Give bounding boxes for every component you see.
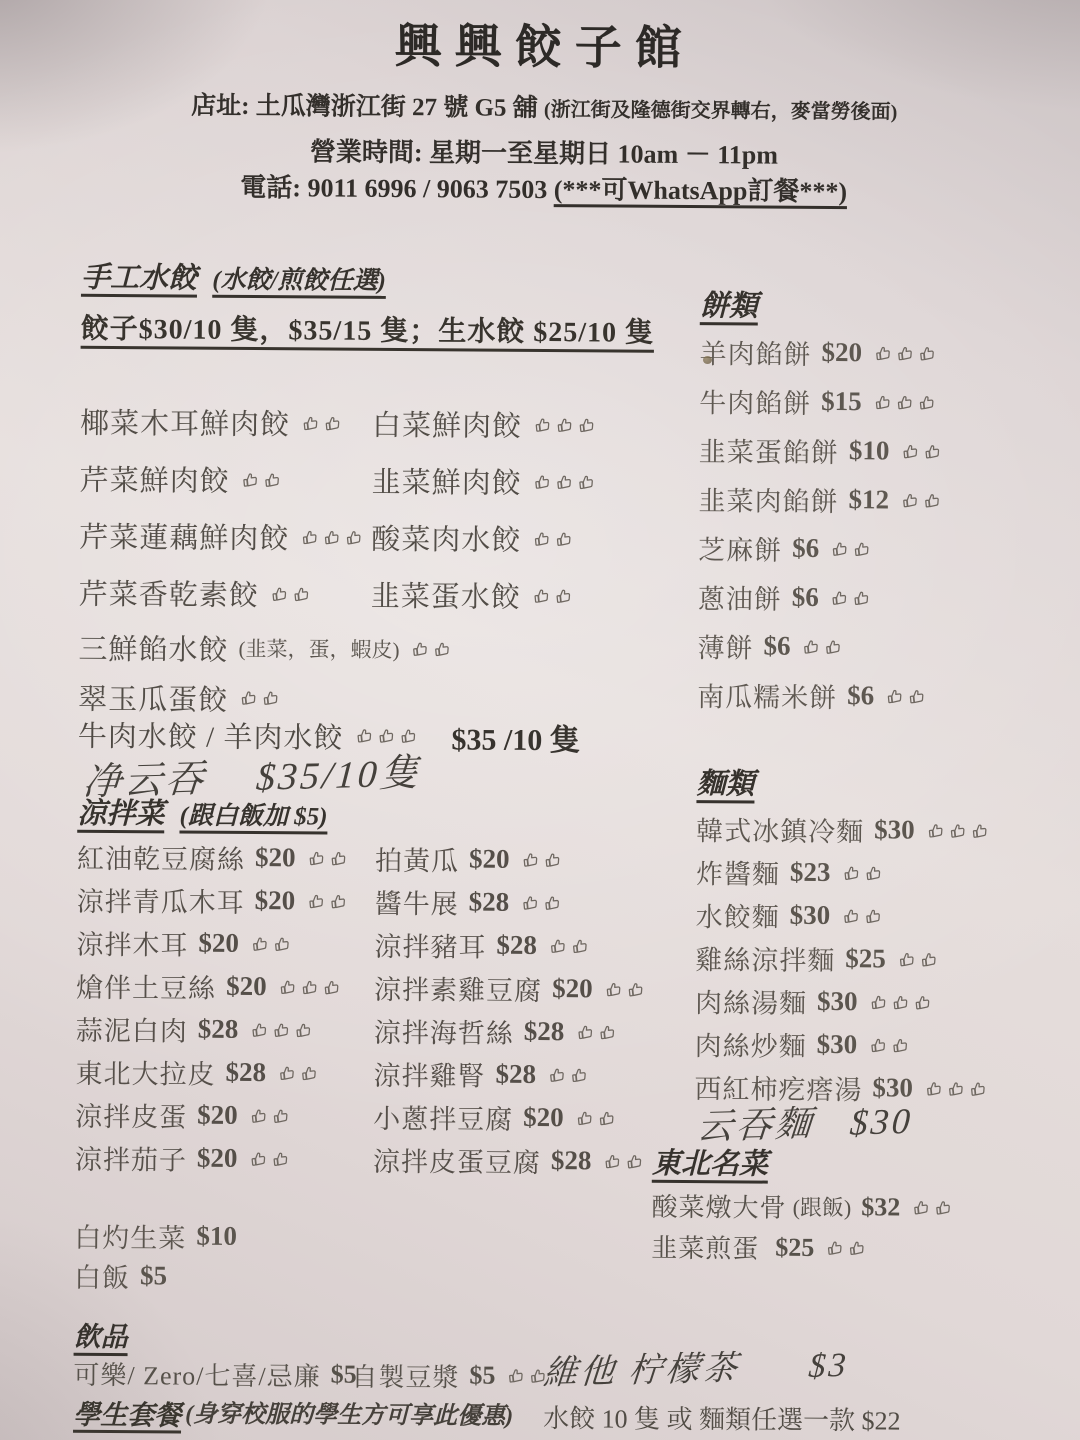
thumbs-up-icon — [533, 472, 553, 492]
menu-item-price: $20 — [552, 973, 593, 1004]
menu-item-row: 肉絲湯麵 $30 — [695, 979, 1075, 1025]
menu-item-price: $30 — [817, 1029, 858, 1060]
hours-value: 星期一至星期日 10am － 11pm — [429, 138, 778, 169]
menu-item-row: 醬牛展 $28 — [375, 880, 687, 925]
menu-item-note: (跟飯) — [793, 1191, 852, 1222]
menu-item-name: 涼拌木耳 — [76, 923, 188, 963]
menu-item-price: $6 — [792, 533, 819, 564]
thumbs-up-icon — [547, 1065, 567, 1085]
handwritten-note-lemon-tea: 維他 柠檬茶 $3 — [542, 1337, 851, 1395]
thumbs-up-icon — [946, 1079, 966, 1099]
thumbs-up-icon — [241, 470, 261, 490]
address-value: 土瓜灣浙江街 27 號 G5 舖 — [256, 93, 538, 122]
thumbs-up-icon — [532, 529, 552, 549]
menu-item-name: 白灼生菜 — [74, 1215, 186, 1255]
thumbs-up-icon — [249, 1106, 269, 1126]
menu-item-row: 芹菜鮮肉餃 — [79, 450, 371, 509]
menu-item-name: 韭菜蛋餡餅 — [699, 430, 839, 470]
menu-item-price: $20 — [255, 885, 296, 916]
section-header-drinks: 飲品 — [74, 1315, 128, 1354]
menu-item-row: 雞絲涼拌麵 $25 — [695, 936, 1075, 982]
menu-item-name: 羊肉餡餅 — [699, 332, 811, 372]
hours-label: 營業時間: — [310, 137, 423, 167]
thumbs-group — [874, 344, 936, 362]
thumbs-up-icon — [301, 413, 321, 433]
menu-item-price: $30 — [817, 986, 858, 1017]
thumbs-up-icon — [948, 821, 968, 841]
thumbs-up-icon — [270, 584, 290, 604]
thumbs-up-icon — [543, 850, 563, 870]
thumbs-group — [307, 892, 347, 910]
thumbs-group — [605, 980, 645, 998]
dumpling-grid: 椰菜木耳鮮肉餃 白菜鮮肉餃 芹菜鮮肉餃 — [79, 393, 681, 625]
menu-item-price: $32 — [861, 1192, 900, 1222]
thumbs-up-icon — [923, 441, 943, 461]
menu-item-name: 涼拌素雞豆腐 — [374, 968, 542, 1008]
thumbs-group — [240, 689, 280, 707]
pancakes-list: 羊肉餡餅 $20 牛肉餡餅 $15 韭菜蛋餡餅 $10 韭菜肉餡 — [697, 327, 1075, 722]
thumbs-up-icon — [842, 863, 862, 883]
menu-item-name: 白菜鮮肉餃 — [372, 403, 522, 445]
menu-item-row: 涼拌木耳 $20 — [76, 921, 374, 966]
thumbs-up-icon — [577, 472, 597, 492]
menu-item-price: $28 — [469, 887, 510, 918]
menu-item-row: 涼拌皮蛋 $20 — [75, 1093, 373, 1138]
thumbs-group — [869, 993, 931, 1011]
menu-item-name: 熗伴土豆絲 — [76, 966, 216, 1006]
phone-value: 9011 6996 / 9063 7503 — [307, 173, 547, 204]
menu-item-row: 三鮮餡水餃 (韭菜，蛋，蝦皮) — [78, 621, 451, 676]
menu-item-row: 酸菜肉水餃 — [371, 509, 679, 568]
thumbs-up-icon — [570, 936, 590, 956]
menu-item-row: 白灼生菜 $10 — [74, 1215, 237, 1256]
thumbs-group — [874, 393, 936, 411]
thumbs-group — [898, 950, 938, 968]
menu-item-price: $6 — [792, 582, 819, 613]
thumbs-up-icon — [271, 1020, 291, 1040]
menu-item-name: 牛肉餡餅 — [699, 381, 811, 421]
menu-item-name: 肉絲湯麵 — [695, 981, 807, 1021]
menu-item-row: 涼拌海哲絲 $28 — [374, 1009, 686, 1054]
menu-item-name: 薄餅 — [697, 626, 753, 665]
thumbs-group — [802, 637, 842, 655]
thumbs-up-icon — [890, 1035, 910, 1055]
thumbs-up-icon — [926, 820, 946, 840]
menu-item-name: 炸醬麵 — [696, 852, 780, 892]
section-title-note: (跟白飯加 $5) — [179, 802, 327, 830]
thumbs-up-icon — [411, 639, 431, 659]
thumbs-group — [886, 687, 926, 705]
thumbs-up-icon — [873, 343, 893, 363]
whatsapp-note: (***可WhatsApp訂餐***) — [554, 175, 847, 206]
section-title-note: (水餃/煎餃任選) — [212, 267, 386, 295]
menu-item-row: 羊肉餡餅 $20 — [699, 327, 1074, 379]
menu-item-row: 涼拌雞腎 $28 — [373, 1052, 685, 1097]
thumbs-up-icon — [597, 1108, 617, 1128]
menu-item-name: 南瓜糯米餅 — [697, 675, 837, 715]
menu-item-name: 白飯 — [74, 1255, 130, 1294]
thumbs-up-icon — [542, 893, 562, 913]
menu-item-row: 蔥油餅 $6 — [698, 572, 1073, 624]
menu-item-name: 酸菜肉水餃 — [371, 517, 521, 559]
section-title: 手工水餃 — [81, 262, 197, 295]
menu-item-row: 薄餅 $6 — [697, 621, 1072, 673]
menu-item-name: 涼拌皮蛋豆腐 — [373, 1140, 541, 1180]
thumbs-up-icon — [322, 977, 342, 997]
thumbs-group — [521, 850, 561, 868]
menu-item-name: 韭菜肉餡餅 — [698, 479, 838, 519]
thumbs-up-icon — [555, 472, 575, 492]
thumbs-group — [576, 1109, 616, 1127]
menu-item-price: $28 — [495, 1059, 536, 1090]
thumbs-up-icon — [271, 1149, 291, 1169]
thumbs-up-icon — [917, 392, 937, 412]
thumbs-up-icon — [322, 527, 342, 547]
thumbs-group — [251, 934, 291, 952]
thumbs-group — [250, 1020, 312, 1038]
menu-item-price: $28 — [225, 1057, 266, 1088]
menu-item-name: 小蔥拌豆腐 — [373, 1097, 513, 1137]
menu-item-name: 涼拌皮蛋 — [75, 1095, 187, 1135]
dumpling-pricing-line: 餃子$30/10 隻，$35/15 隻；生水餃 $25/10 隻 — [81, 307, 655, 351]
thumbs-group — [411, 640, 451, 658]
menu-item-row: 蒜泥白肉 $28 — [76, 1007, 374, 1052]
thumbs-up-icon — [554, 529, 574, 549]
thumbs-up-icon — [323, 413, 343, 433]
menu-item-row: 炸醬麵 $23 — [696, 850, 1076, 896]
thumbs-group — [831, 540, 871, 558]
thumbs-up-icon — [864, 863, 884, 883]
menu-item-price: $20 — [469, 844, 510, 875]
menu-item-price: $20 — [255, 842, 296, 873]
student-set-row: 學生套餐 (身穿校服的學生方可享此優惠) 水餃 10 隻 或 麵類任選一款 $2… — [73, 1393, 1073, 1439]
thumbs-up-icon — [604, 979, 624, 999]
student-set-offer: 水餃 10 隻 或 麵類任選一款 $22 — [543, 1398, 901, 1437]
thumbs-group — [842, 907, 882, 925]
thumbs-up-icon — [521, 850, 541, 870]
section-header-dumplings: 手工水餃 (水餃/煎餃任選) — [81, 255, 386, 298]
thumbs-up-icon — [555, 415, 575, 435]
menu-item-name: 韓式冰鎮冷麵 — [696, 809, 864, 849]
thumbs-up-icon — [848, 1238, 868, 1258]
menu-item-name: 酸菜燉大骨 — [651, 1187, 786, 1225]
thumbs-up-icon — [249, 1149, 269, 1169]
thumbs-up-icon — [868, 1035, 888, 1055]
phone-line: 電話: 9011 6996 / 9063 7503 (***可WhatsApp訂… — [4, 165, 1080, 210]
menu-item-price: $30 — [874, 814, 915, 845]
thumbs-up-icon — [299, 1063, 319, 1083]
thumbs-up-icon — [970, 821, 990, 841]
menu-item-price: $20 — [821, 337, 862, 368]
section-title: 麵類 — [696, 768, 754, 800]
menu-item-name: 自製豆漿 — [351, 1356, 459, 1394]
noodles-list: 韓式冰鎮冷麵 $30 炸醬麵 $23 水餃麵 $30 雞絲涼拌麵 — [694, 807, 1076, 1111]
section-title: 涼拌菜 — [77, 798, 164, 831]
thumbs-up-icon — [249, 1020, 269, 1040]
thumbs-up-icon — [548, 936, 568, 956]
thumbs-up-icon — [895, 343, 915, 363]
menu-item-name: 三鮮餡水餃 — [78, 626, 228, 668]
thumbs-up-icon — [841, 906, 861, 926]
student-set-note: (身穿校服的學生方可享此優惠) — [185, 1394, 513, 1431]
thumbs-up-icon — [272, 934, 292, 954]
menu-item-name: 涼拌豬耳 — [374, 925, 486, 965]
thumbs-up-icon — [293, 1020, 313, 1040]
menu-item-name: 韭菜煎蛋 — [651, 1228, 759, 1266]
thumbs-group — [576, 1023, 616, 1041]
thumbs-up-icon — [626, 979, 646, 999]
menu-item-price: $6 — [763, 631, 790, 662]
thumbs-group — [831, 589, 871, 607]
section-title: 飲品 — [74, 1322, 128, 1352]
menu-item-price: $20 — [523, 1102, 564, 1133]
menu-item-row: 韭菜鮮肉餃 — [371, 452, 679, 511]
menu-item-name: 椰菜木耳鮮肉餃 — [80, 401, 290, 443]
menu-item-price: $25 — [845, 943, 886, 974]
thumbs-group — [279, 978, 341, 996]
thumbs-group — [869, 1036, 909, 1054]
menu-item-row: 可樂/ Zero/七喜/忌廉 $5 — [73, 1351, 357, 1397]
menu-item-row: 涼拌素雞豆腐 $20 — [374, 966, 686, 1011]
thumbs-up-icon — [263, 470, 283, 490]
thumbs-up-icon — [250, 934, 270, 954]
thumbs-up-icon — [569, 1065, 589, 1085]
thumbs-group — [301, 528, 363, 546]
menu-item-price: $28 — [496, 930, 537, 961]
thumbs-up-icon — [532, 586, 552, 606]
menu-item-row: 水餃麵 $30 — [695, 893, 1075, 939]
menu-item-name: 水餃麵 — [696, 895, 780, 935]
thumbs-up-icon — [919, 949, 939, 969]
menu-item-row: 南瓜糯米餅 $6 — [697, 670, 1072, 722]
menu-item-price: $5 — [140, 1260, 167, 1291]
thumbs-up-icon — [897, 949, 917, 969]
menu-item-name: 紅油乾豆腐絲 — [77, 837, 245, 877]
thumbs-group — [826, 1239, 866, 1257]
menu-item-row: 韭菜蛋水餃 — [371, 566, 679, 625]
menu-item-name: 蒜泥白肉 — [76, 1009, 188, 1049]
thumbs-up-icon — [900, 490, 920, 510]
menu-item-row: 酸菜燉大骨 (跟飯) $32 — [651, 1185, 1071, 1229]
thumbs-up-icon — [344, 527, 364, 547]
menu-item-price: $28 — [198, 1014, 239, 1045]
thumbs-up-icon — [329, 848, 349, 868]
menu-item-row: 韭菜蛋餡餅 $10 — [699, 425, 1074, 477]
menu-item-price: $28 — [524, 1016, 565, 1047]
restaurant-title: 興興餃子館 — [5, 6, 1080, 81]
thumbs-up-icon — [300, 527, 320, 547]
menu-photo-page: 興興餃子館 店址: 土瓜灣浙江街 27 號 G5 舖 (浙江街及隆德街交界轉右，… — [0, 0, 1080, 1440]
thumbs-up-icon — [968, 1079, 988, 1099]
menu-item-price: $12 — [848, 484, 889, 515]
menu-item-price: $20 — [197, 1100, 238, 1131]
menu-item-name: 涼拌海哲絲 — [374, 1011, 514, 1051]
thumbs-up-icon — [277, 1063, 297, 1083]
menu-item-price: $35 /10 隻 — [451, 714, 580, 759]
menu-item-price: $20 — [226, 971, 267, 1002]
menu-item-price: $10 — [196, 1220, 237, 1251]
address-line: 店址: 土瓜灣浙江街 27 號 G5 舖 (浙江街及隆德街交界轉右，麥當勞後面) — [4, 84, 1080, 128]
menu-item-row: 肉絲炒麵 $30 — [695, 1022, 1075, 1068]
menu-item-name: 拍黃瓜 — [375, 839, 459, 879]
address-note: (浙江街及隆德街交界轉右，麥當勞後面) — [544, 99, 897, 123]
thumbs-up-icon — [533, 415, 553, 435]
student-set-title: 學生套餐 — [73, 1393, 181, 1433]
thumbs-up-icon — [575, 1108, 595, 1128]
thumbs-group — [521, 893, 561, 911]
thumbs-up-icon — [933, 1197, 953, 1217]
thumbs-group — [548, 1066, 588, 1084]
address-label: 店址: — [191, 93, 250, 120]
thumbs-up-icon — [239, 688, 259, 708]
thumbs-up-icon — [306, 891, 326, 911]
section-header-noodles: 麵類 — [696, 761, 754, 802]
thumbs-up-icon — [901, 441, 921, 461]
menu-item-name: 雞絲涼拌麵 — [695, 938, 835, 978]
thumbs-group — [912, 1198, 952, 1216]
menu-item-price: $10 — [849, 435, 890, 466]
thumbs-up-icon — [507, 1366, 527, 1386]
thumbs-up-icon — [292, 584, 312, 604]
thumbs-group — [901, 491, 941, 509]
menu-item-name: 醬牛展 — [375, 882, 459, 922]
thumbs-group — [249, 1149, 289, 1167]
menu-item-price: $23 — [790, 857, 831, 888]
menu-item-row: 芝麻餅 $6 — [698, 523, 1073, 575]
thumbs-up-icon — [852, 539, 872, 559]
menu-item-row: 自製豆漿 $5 — [351, 1353, 547, 1398]
thumbs-group — [603, 1152, 643, 1170]
menu-item-name: 肉絲炒麵 — [695, 1024, 807, 1064]
menu-item-row: 紅油乾豆腐絲 $20 — [77, 835, 375, 880]
menu-item-row: 韭菜煎蛋 $25 — [651, 1226, 1071, 1270]
thumbs-up-icon — [869, 992, 889, 1012]
thumbs-up-icon — [802, 637, 822, 657]
thumbs-up-icon — [554, 586, 574, 606]
phone-label: 電話: — [240, 173, 301, 202]
thumbs-up-icon — [300, 977, 320, 997]
thumbs-group — [533, 529, 573, 547]
section-header-cold-dishes: 涼拌菜 (跟白飯加 $5) — [77, 791, 327, 834]
menu-item-name: 可樂/ Zero/七喜/忌廉 — [73, 1354, 321, 1393]
thumbs-group — [534, 472, 596, 490]
menu-item-price: $5 — [469, 1361, 495, 1391]
menu-item-price: $25 — [775, 1232, 814, 1262]
thumbs-up-icon — [271, 1106, 291, 1126]
thumbs-up-icon — [895, 392, 915, 412]
thumbs-group — [250, 1106, 290, 1124]
thumbs-up-icon — [826, 1238, 846, 1258]
thumbs-up-icon — [328, 891, 348, 911]
menu-item-row: 椰菜木耳鮮肉餃 — [80, 393, 372, 452]
paper-sheet: 興興餃子館 店址: 土瓜灣浙江街 27 號 G5 舖 (浙江街及隆德街交界轉右，… — [0, 0, 1080, 1440]
thumbs-up-icon — [577, 415, 597, 435]
menu-item-row: 白飯 $5 — [74, 1255, 237, 1296]
thumbs-group — [307, 849, 347, 867]
menu-item-name: 芹菜鮮肉餃 — [80, 458, 230, 500]
cold-dishes-grid: 紅油乾豆腐絲 $20 拍黃瓜 $20 涼拌青瓜木耳 $20 — [75, 835, 687, 1183]
menu-item-row: 東北大拉皮 $28 — [75, 1050, 373, 1095]
menu-item-price: $20 — [197, 1143, 238, 1174]
thumbs-up-icon — [852, 588, 872, 608]
thumbs-up-icon — [911, 1197, 931, 1217]
menu-item-row: 韓式冰鎮冷麵 $30 — [696, 807, 1076, 853]
menu-item-row: 涼拌豬耳 $28 — [374, 923, 686, 968]
menu-item-row: 小蔥拌豆腐 $20 — [373, 1095, 685, 1140]
thumbs-up-icon — [924, 1078, 944, 1098]
menu-item-name: 芹菜香乾素餃 — [79, 572, 259, 614]
menu-item-row: 牛肉餡餅 $15 — [699, 376, 1074, 428]
thumbs-up-icon — [603, 1151, 623, 1171]
menu-item-price: $20 — [198, 928, 239, 959]
section-header-pancakes: 餅類 — [700, 283, 758, 324]
menu-item-name: 韭菜蛋水餃 — [371, 574, 521, 616]
menu-item-name: 芝麻餅 — [698, 528, 782, 568]
thumbs-up-icon — [261, 688, 281, 708]
thumbs-group — [842, 864, 882, 882]
menu-item-row: 拍黃瓜 $20 — [375, 837, 687, 882]
dumpling-wide-item: 三鮮餡水餃 (韭菜，蛋，蝦皮) — [78, 621, 451, 676]
thumbs-up-icon — [922, 490, 942, 510]
thumbs-up-icon — [830, 539, 850, 559]
thumbs-group — [927, 821, 989, 839]
menu-item-row: 芹菜香乾素餃 — [79, 564, 371, 623]
thumbs-group — [242, 470, 282, 488]
thumbs-group — [278, 1064, 318, 1082]
thumbs-up-icon — [873, 392, 893, 412]
thumbs-up-icon — [597, 1022, 617, 1042]
section-title: 東北名菜 — [652, 1148, 768, 1181]
thumbs-group — [533, 586, 573, 604]
thumbs-group — [534, 415, 596, 433]
thumbs-group — [901, 442, 941, 460]
menu-item-name: 東北大拉皮 — [75, 1052, 215, 1092]
thumbs-up-icon — [830, 588, 850, 608]
section-title: 餅類 — [700, 290, 758, 322]
thumbs-group — [925, 1079, 987, 1097]
thumbs-group — [302, 414, 342, 432]
thumbs-up-icon — [278, 977, 298, 997]
thumbs-up-icon — [575, 1022, 595, 1042]
thumbs-up-icon — [625, 1151, 645, 1171]
thumbs-up-icon — [520, 893, 540, 913]
menu-item-price: $6 — [847, 680, 874, 711]
menu-item-price: $30 — [790, 900, 831, 931]
menu-item-name: 涼拌雞腎 — [373, 1054, 485, 1094]
northeast-list: 酸菜燉大骨 (跟飯) $32 韭菜煎蛋 $25 — [651, 1185, 1072, 1270]
menu-item-row: 熗伴土豆絲 $20 — [76, 964, 374, 1009]
thumbs-group — [271, 585, 311, 603]
menu-item-row: 涼拌皮蛋豆腐 $28 — [373, 1138, 685, 1183]
thumbs-up-icon — [891, 992, 911, 1012]
plain-items-list: 白灼生菜 $10 白飯 $5 — [74, 1215, 237, 1296]
thumbs-up-icon — [433, 639, 453, 659]
menu-item-price: $15 — [821, 386, 862, 417]
thumbs-up-icon — [913, 992, 933, 1012]
thumbs-group — [507, 1367, 547, 1385]
thumbs-up-icon — [863, 906, 883, 926]
section-header-northeast: 東北名菜 — [652, 1141, 768, 1183]
thumbs-up-icon — [307, 848, 327, 868]
menu-item-name: 涼拌茄子 — [75, 1138, 187, 1178]
thumbs-group — [549, 937, 589, 955]
menu-item-name: 芹菜蓮藕鮮肉餃 — [79, 515, 289, 557]
thumbs-up-icon — [907, 686, 927, 706]
menu-item-name: 蔥油餅 — [698, 577, 782, 617]
thumbs-up-icon — [917, 343, 937, 363]
menu-item-row: 韭菜肉餡餅 $12 — [698, 474, 1073, 526]
thumbs-up-icon — [824, 637, 844, 657]
